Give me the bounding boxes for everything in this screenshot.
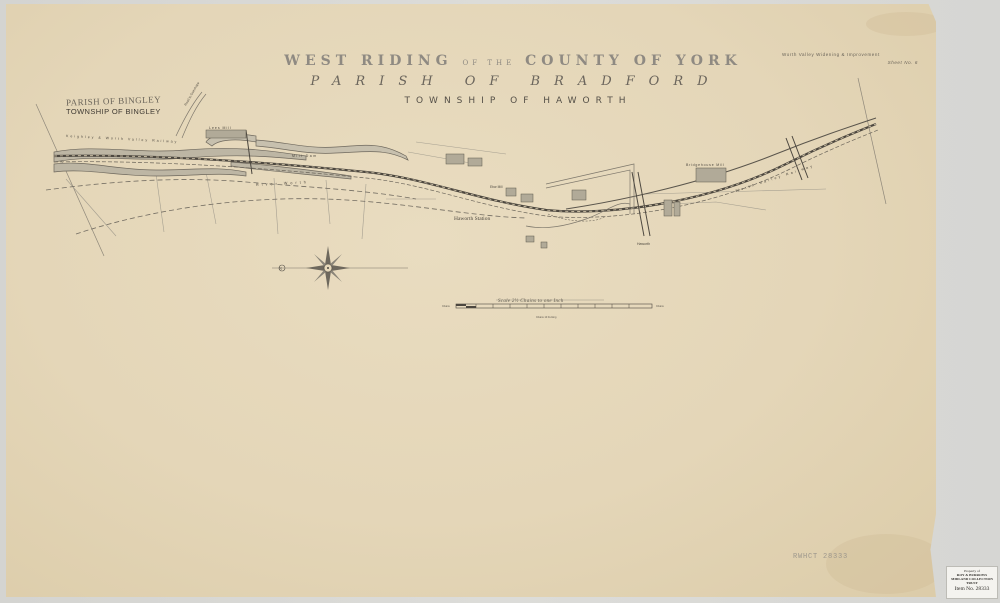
river-worth	[54, 148, 351, 179]
title-york: YORK	[676, 53, 742, 69]
title-west-riding: WEST RIDING	[284, 53, 452, 69]
ebor-mill-label: Ebor Mill	[490, 185, 503, 189]
roads	[176, 92, 634, 228]
archive-stamp: RWHCT 28333	[793, 553, 848, 561]
railway-east-label: Worth Valley Railway	[735, 164, 815, 193]
lees-mill-label: Lees Mill	[209, 126, 232, 130]
road-label: Road to Oxenhope	[183, 81, 200, 106]
scale-left-unit: Chains	[442, 305, 451, 308]
bridges	[246, 130, 808, 236]
title-county: COUNTY	[525, 53, 624, 69]
project-subtitle: Worth Valley Widening & Improvement Shee…	[782, 51, 932, 67]
map-title-county: WEST RIDING OF THE COUNTY OF YORK	[248, 53, 778, 69]
railway-west-label: Keighley & Worth Valley Railway	[66, 134, 179, 144]
scale-under-text: Chains 10 Furlong	[536, 316, 557, 319]
compass-north-marker: N	[279, 266, 282, 271]
map-title-parish: PARISH OF BRADFORD	[286, 74, 746, 89]
scale-caption: Scale 2½ Chains to one Inch	[498, 299, 564, 304]
title-of: OF	[634, 53, 666, 69]
scale-right-unit: Chains	[656, 305, 665, 308]
title-of-the: OF THE	[463, 59, 516, 67]
paper-wear	[826, 12, 936, 594]
map-sheet: Haworth Station Haworth Mill Dam Lees Mi…	[6, 4, 936, 597]
compass-rose-icon: N	[272, 246, 408, 290]
bridgehouse-mill-label: Bridgehouse Mill	[686, 163, 725, 167]
map-title-township: TOWNSHIP OF HAWORTH	[368, 96, 668, 106]
collection-label: Property of ROY & BURROWS MIDLAND COLLEC…	[946, 566, 998, 599]
map-drawing: Haworth Station Haworth Mill Dam Lees Mi…	[6, 4, 936, 597]
label-item-number: Item No. 28333	[947, 585, 997, 593]
haworth-town-label: Haworth	[637, 242, 650, 246]
river-label: River Worth	[256, 180, 309, 187]
mill-dam-label: Mill Dam	[292, 154, 318, 158]
haworth-station-label: Haworth Station	[454, 216, 490, 222]
township-of-bingley-label: TOWNSHIP OF BINGLEY	[66, 107, 161, 116]
project-name: Worth Valley Widening & Improvement	[782, 52, 880, 57]
proposed-line	[46, 180, 526, 234]
sheet-number: Sheet No. 6	[782, 59, 932, 67]
